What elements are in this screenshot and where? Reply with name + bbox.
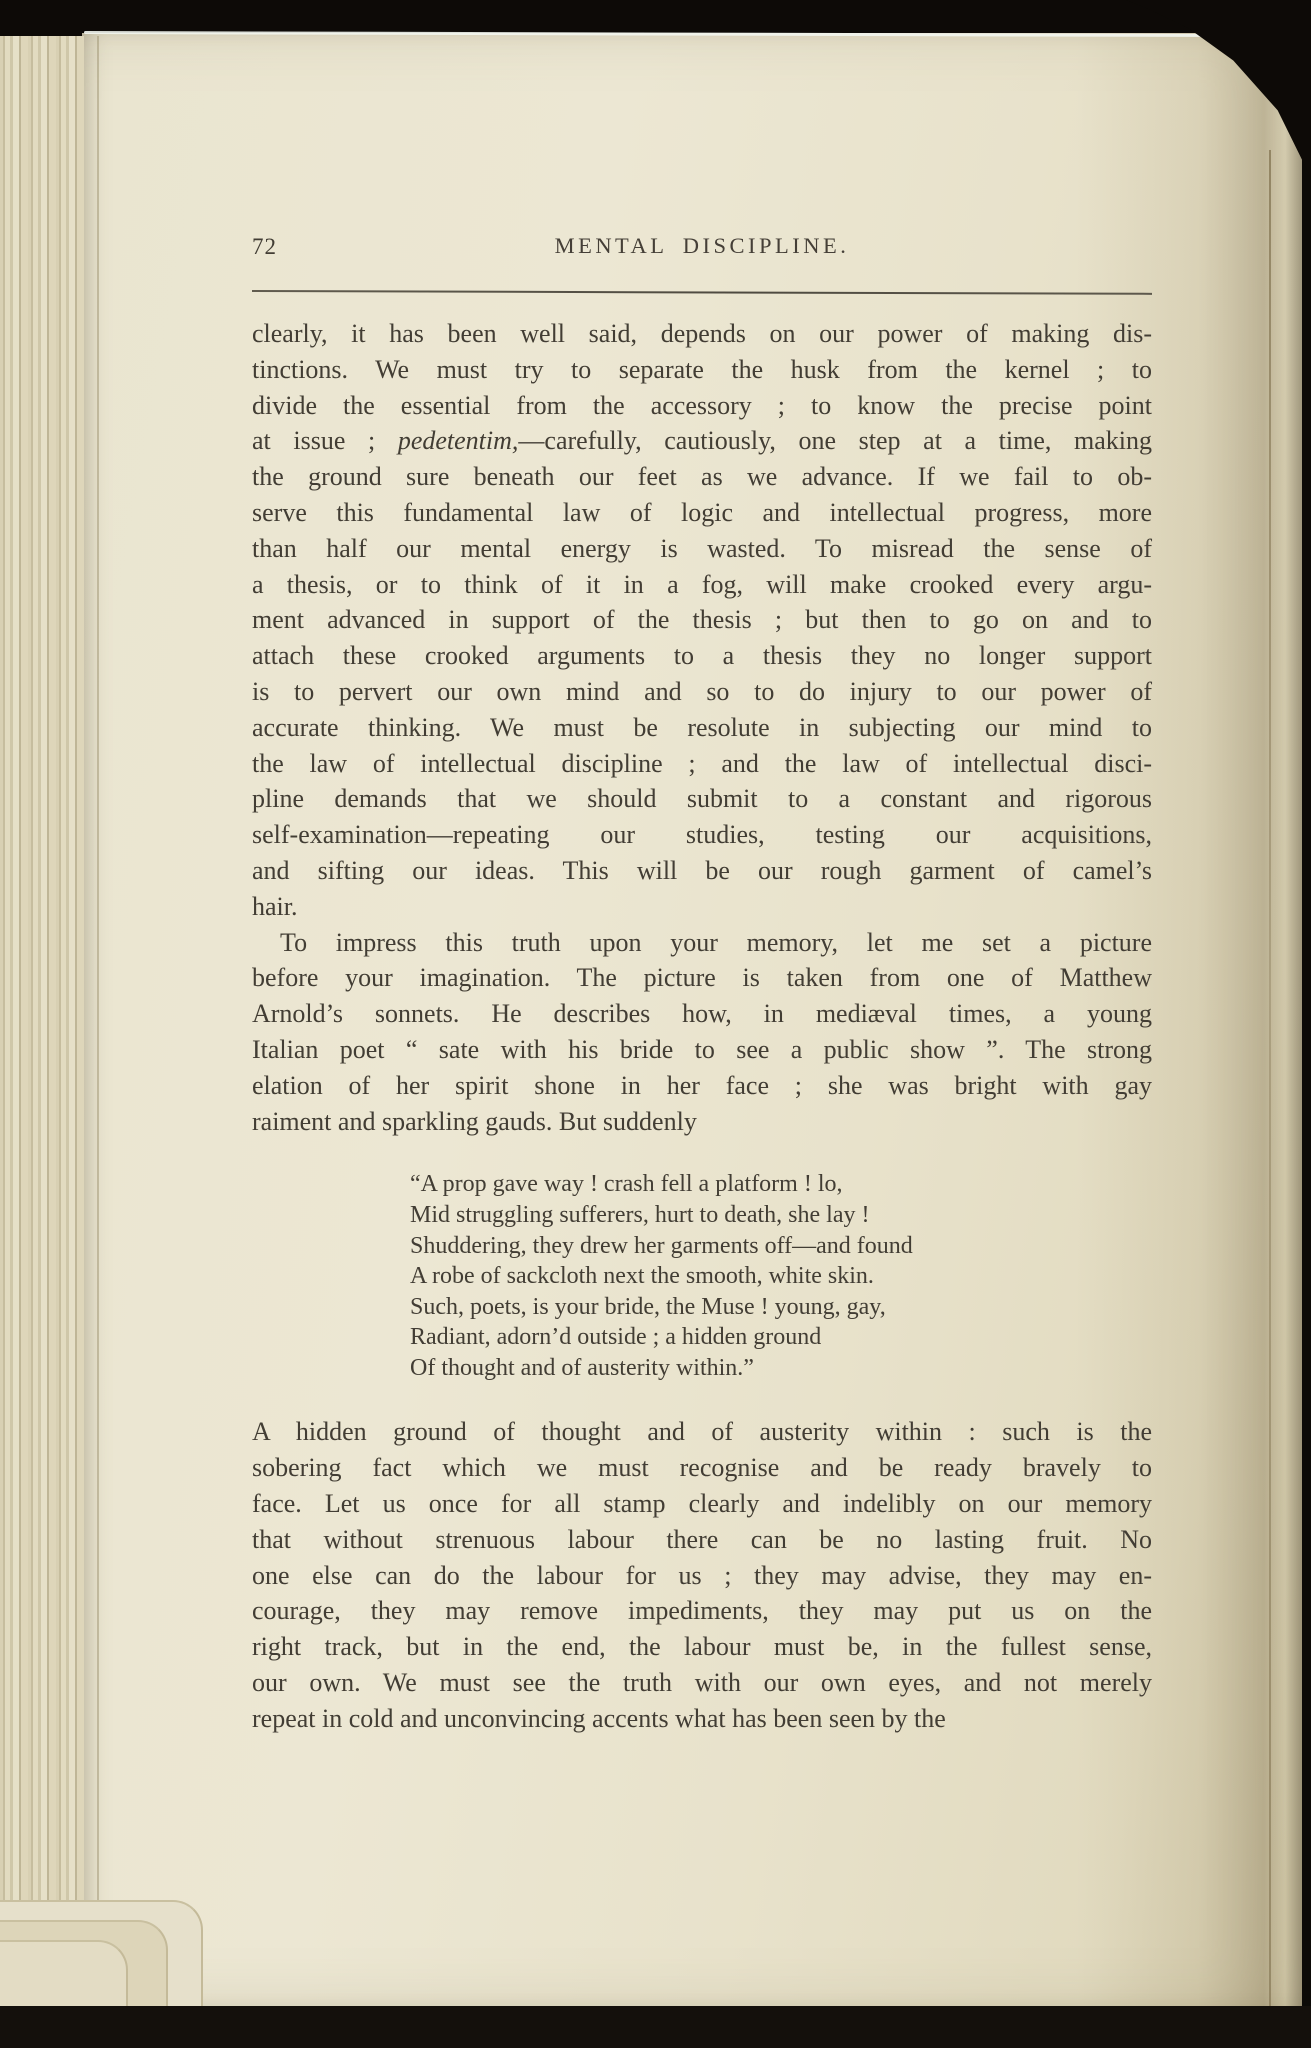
text-line: that without strenuous labour there can … — [252, 1522, 1152, 1558]
page-number: 72 — [252, 234, 277, 260]
text-line: self-examination—repeating our studies, … — [252, 817, 1152, 853]
paragraph: clearly, it has been well said, depends … — [252, 316, 1152, 925]
text-line: at issue ; pedetentim,—carefully, cautio… — [252, 423, 1152, 459]
binding-gap — [1302, 158, 1311, 2006]
text-line: ment advanced in support of the thesis ;… — [252, 602, 1152, 638]
text-line: than half our mental energy is wasted. T… — [252, 531, 1152, 567]
text-line: sobering fact which we must recognise an… — [252, 1450, 1152, 1486]
text-line: attach these crooked arguments to a thes… — [252, 638, 1152, 674]
printed-text-area: 72 MENTAL DISCIPLINE. clearly, it has be… — [252, 233, 1152, 1737]
text-line: and sifting our ideas. This will be our … — [252, 853, 1152, 889]
text-line: clearly, it has been well said, depends … — [252, 316, 1152, 352]
poem-line: A robe of sackcloth next the smooth, whi… — [410, 1261, 1152, 1292]
page-stack-edges — [0, 36, 84, 2006]
text-line: one else can do the labour for us ; they… — [252, 1558, 1152, 1594]
paragraph: To impress this truth upon your memory, … — [252, 925, 1152, 1140]
text-line: Italian poet “ sate with his bride to se… — [252, 1032, 1152, 1068]
text-line: a thesis, or to think of it in a fog, wi… — [252, 567, 1152, 603]
text-line: divide the essential from the accessory … — [252, 388, 1152, 424]
header-rule — [252, 290, 1152, 295]
text-line: elation of her spirit shone in her face … — [252, 1068, 1152, 1104]
text-line: face. Let us once for all stamp clearly … — [252, 1486, 1152, 1522]
poem-line: Radiant, adorn’d outside ; a hidden grou… — [410, 1322, 1152, 1353]
poem-line: “A prop gave way ! crash fell a platform… — [410, 1169, 1152, 1200]
poem-line: Of thought and of austerity within.” — [410, 1353, 1152, 1384]
stacked-page-corners — [0, 1894, 215, 2006]
text-line: the law of intellectual discipline ; and… — [252, 746, 1152, 782]
text-line: the ground sure beneath our feet as we a… — [252, 459, 1152, 495]
text-line: before your imagination. The picture is … — [252, 960, 1152, 996]
paragraph: A hidden ground of thought and of auster… — [252, 1414, 1152, 1736]
poem-block: “A prop gave way ! crash fell a platform… — [410, 1169, 1152, 1383]
text-line: accurate thinking. We must be resolute i… — [252, 710, 1152, 746]
text-line: raiment and sparkling gauds. But suddenl… — [252, 1104, 1152, 1140]
page-header: 72 MENTAL DISCIPLINE. — [252, 233, 1152, 263]
text-line: hair. — [252, 889, 1152, 925]
text-line: our own. We must see the truth with our … — [252, 1665, 1152, 1701]
page-crease — [1269, 150, 1271, 2006]
page-corner — [0, 1940, 128, 2010]
text-line: right track, but in the end, the labour … — [252, 1629, 1152, 1665]
page-edge-line — [97, 36, 99, 2004]
text-line: To impress this truth upon your memory, … — [252, 925, 1152, 961]
running-title: MENTAL DISCIPLINE. — [252, 233, 1152, 259]
text-line: serve this fundamental law of logic and … — [252, 495, 1152, 531]
cover-background-top — [0, 0, 1311, 33]
cover-background-bottom — [0, 2006, 1311, 2048]
body-text: clearly, it has been well said, depends … — [252, 316, 1152, 1737]
text-line: tinctions. We must try to separate the h… — [252, 352, 1152, 388]
scanned-book-photo: 72 MENTAL DISCIPLINE. clearly, it has be… — [0, 0, 1311, 2048]
text-line: repeat in cold and unconvincing accents … — [252, 1701, 1152, 1737]
poem-line: Shuddering, they drew her garments off—a… — [410, 1231, 1152, 1262]
text-line: is to pervert our own mind and so to do … — [252, 674, 1152, 710]
poem-line: Mid struggling sufferers, hurt to death,… — [410, 1200, 1152, 1231]
poem-line: Such, poets, is your bride, the Muse ! y… — [410, 1292, 1152, 1323]
text-line: A hidden ground of thought and of auster… — [252, 1414, 1152, 1450]
text-line: Arnold’s sonnets. He describes how, in m… — [252, 996, 1152, 1032]
text-line: courage, they may remove impediments, th… — [252, 1593, 1152, 1629]
text-line: pline demands that we should submit to a… — [252, 781, 1152, 817]
